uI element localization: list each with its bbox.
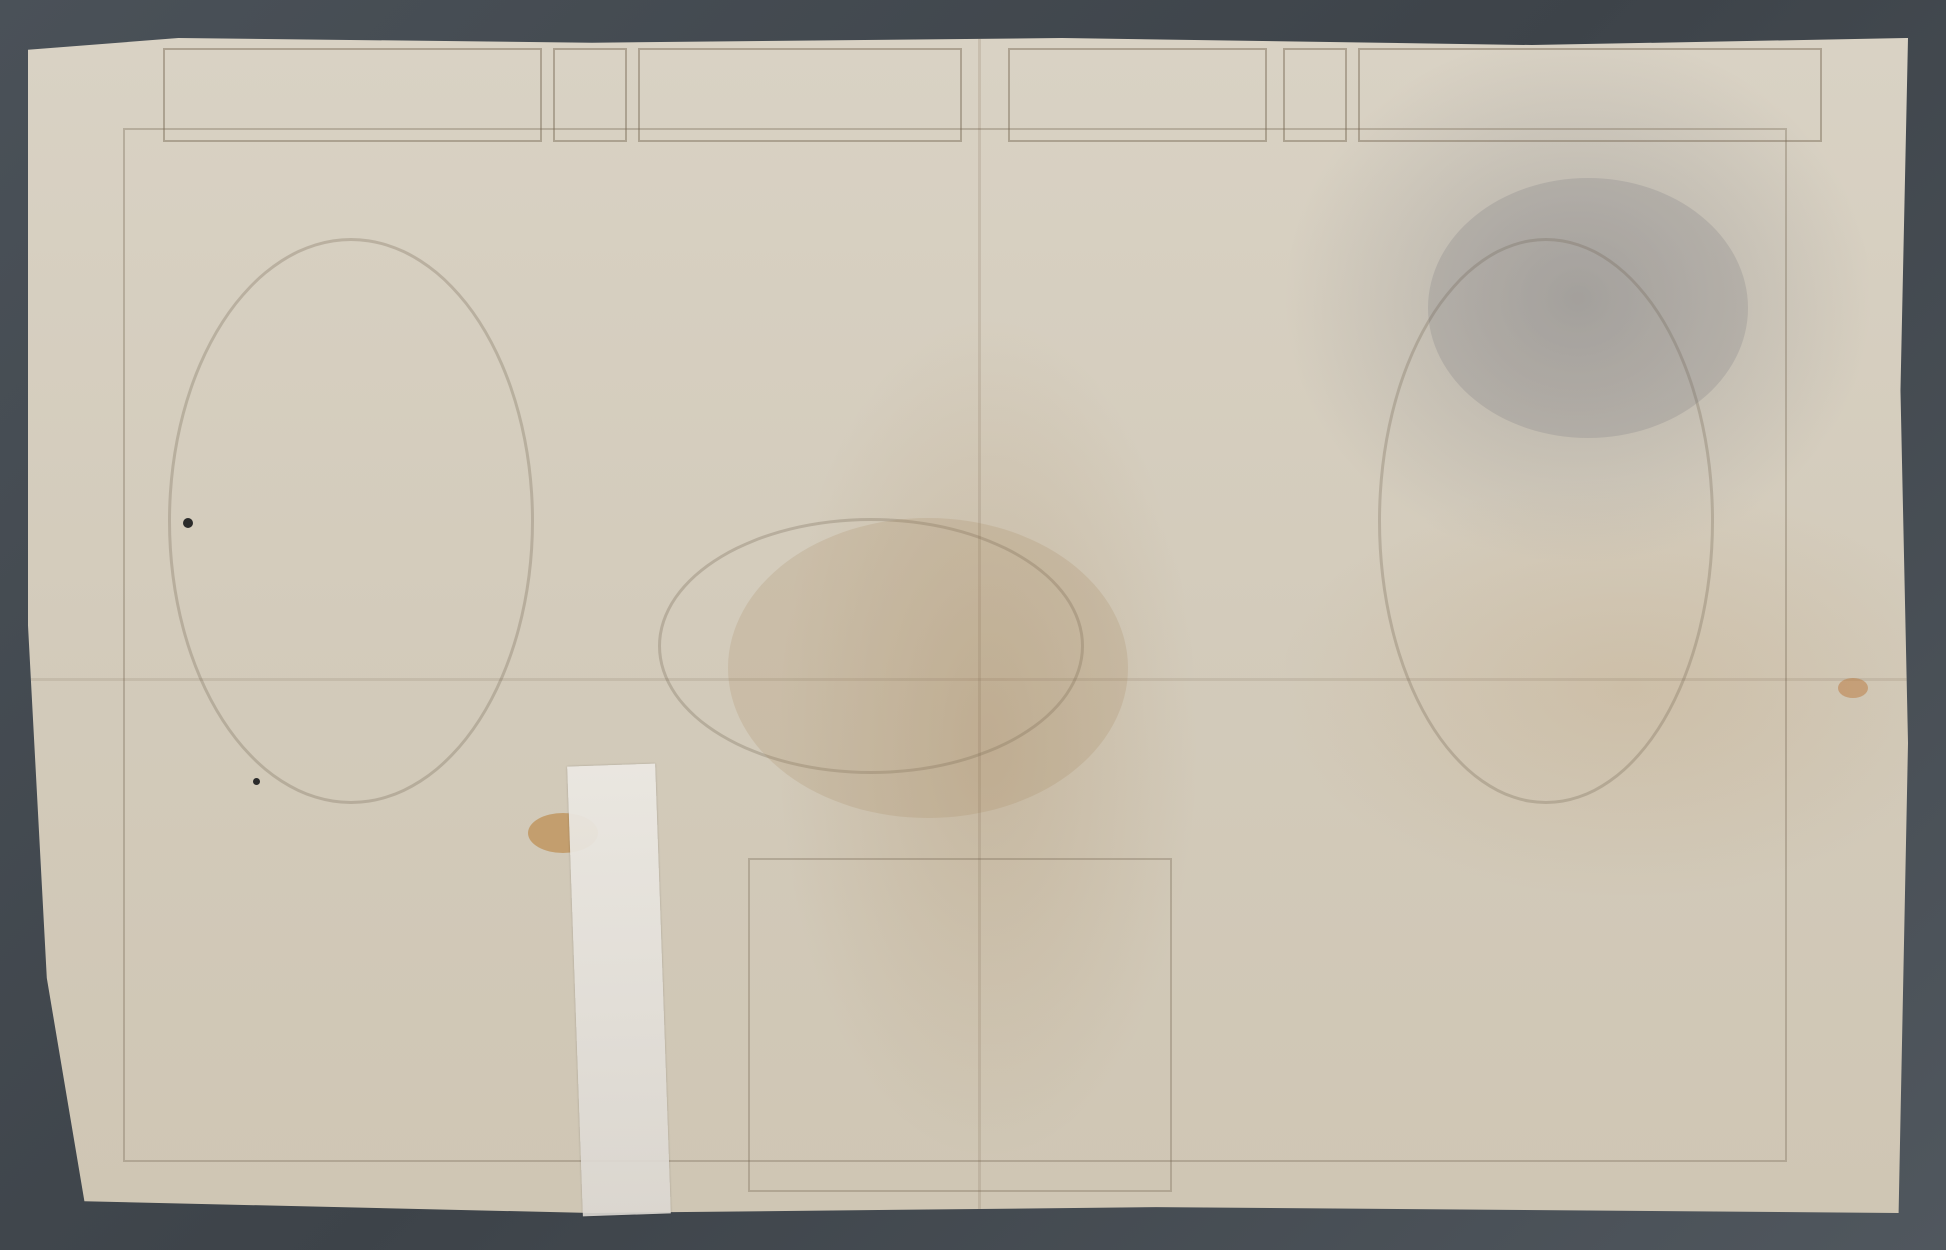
header-cell [1283,48,1347,142]
banknote-paper [28,38,1908,1213]
small-hole [253,778,260,785]
header-cell [1358,48,1822,142]
rust-spot-right [1838,678,1868,698]
header-cell [813,48,993,138]
header-cell [1008,48,1267,142]
dark-smudge [1428,178,1748,438]
brown-discoloration [728,518,1128,818]
header-cell [553,48,627,142]
small-hole [183,518,193,528]
left-medallion [168,238,534,804]
header-cell [163,48,542,142]
repair-tape-strip [567,764,671,1217]
bottom-panel [748,858,1172,1192]
